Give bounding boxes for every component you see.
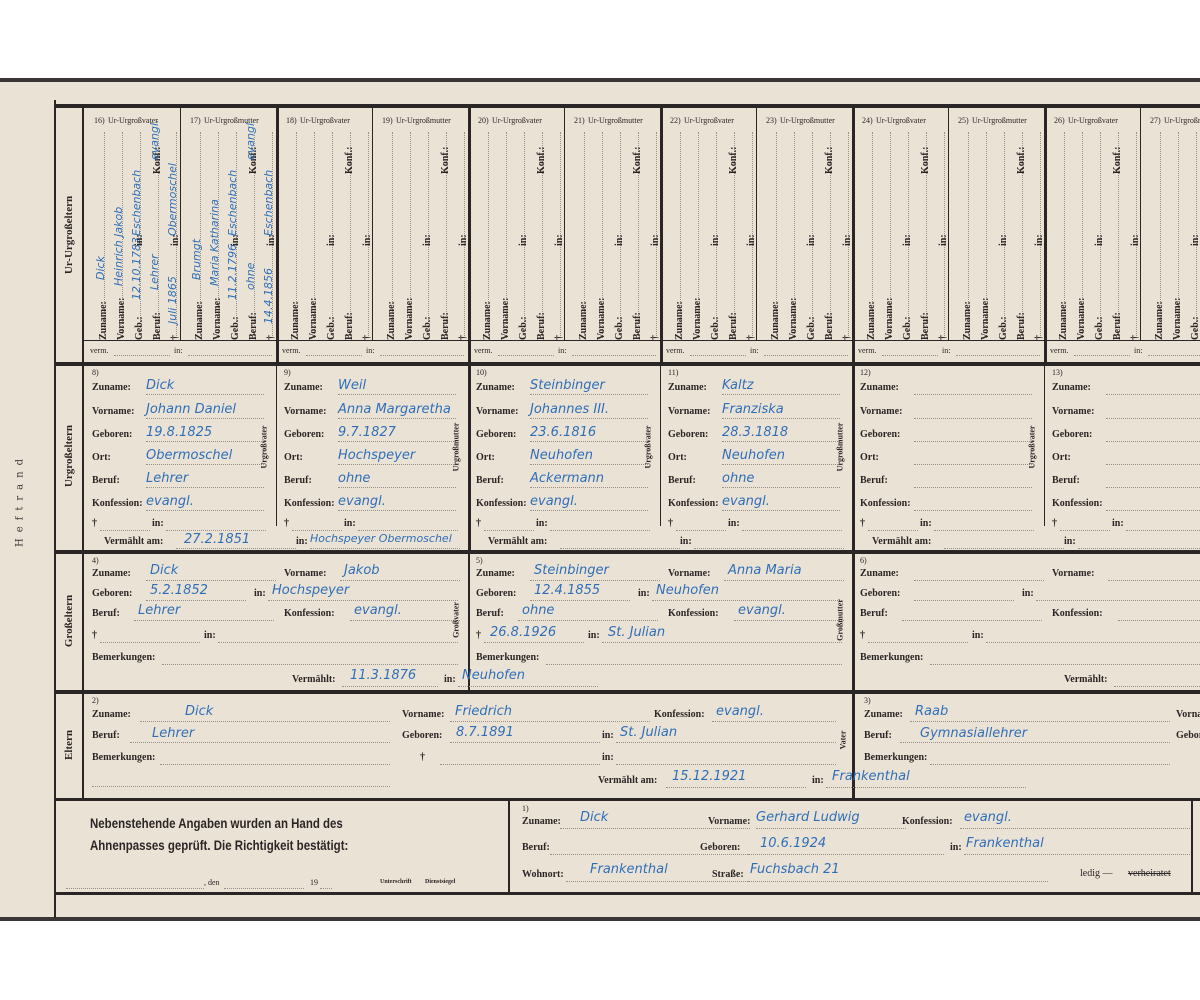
dotted-field-line: [146, 600, 246, 601]
field-label-geb: Geb.:: [614, 316, 625, 340]
row-separator-5: [56, 892, 1200, 895]
dotted-field-line: [484, 642, 584, 643]
ancestor-number: 4): [92, 556, 99, 565]
ancestor-beruf[interactable]: Lehrer: [138, 603, 180, 618]
dotted-field-line: [900, 742, 1170, 743]
field-label-died: †: [476, 630, 481, 641]
cell-divider: [948, 108, 949, 340]
parent-zuname[interactable]: Dick: [185, 704, 213, 719]
ancestor-number: 27): [1150, 116, 1161, 125]
dotted-field-line: [530, 510, 648, 511]
row-label-grosseltern: Großeltern: [63, 595, 75, 647]
field-label-beruf: Beruf:: [248, 312, 259, 340]
dotted-field-line: [914, 510, 1032, 511]
ancestor-zuname[interactable]: Dick: [146, 378, 174, 393]
field-label-in: in:: [254, 588, 266, 599]
ancestor-beruf[interactable]: ohne: [338, 471, 370, 486]
dotted-field-line: [722, 487, 840, 488]
row-separator-3: [56, 690, 1200, 694]
proband-right-border: [1191, 801, 1193, 893]
field-label-konfession: Konfession:: [476, 498, 527, 509]
dotted-field-line: [338, 487, 456, 488]
field-label-died: †: [1052, 518, 1057, 529]
ancestor-vorname[interactable]: Franziska: [722, 402, 784, 417]
ancestor-vorname[interactable]: Jakob: [344, 563, 380, 578]
ancestor-title: Ur-Urgroßmutter: [1164, 116, 1200, 125]
field-label-beruf: Beruf:: [536, 312, 547, 340]
field-label-beruf: Beruf:: [344, 312, 355, 340]
field-label-konf: Konf.:: [632, 147, 643, 175]
proband-geboren[interactable]: 10.6.1924: [760, 836, 826, 851]
parent-vorname[interactable]: Friedrich: [455, 704, 512, 719]
field-label-wohnort: Wohnort:: [522, 869, 564, 880]
field-label-geboren: Geboren:: [700, 842, 740, 853]
grosseltern-marriage-place[interactable]: Neuhofen: [462, 668, 525, 683]
field-label-in: in:: [806, 234, 817, 246]
field-label-died: †: [420, 752, 425, 763]
field-label-died: †: [284, 518, 289, 529]
dotted-field-line: [944, 548, 1064, 549]
ancestor-number: 11): [668, 368, 678, 377]
dotted-field-line: [1078, 548, 1200, 549]
field-label-in: in:: [204, 630, 216, 641]
field-label-vorname: Vorname:: [1052, 406, 1094, 417]
dotted-field-line: [572, 355, 656, 356]
field-label-zuname: Zuname:: [522, 816, 561, 827]
dotted-field-line: [1108, 580, 1200, 581]
certification-place-field[interactable]: [66, 888, 204, 889]
field-label-konfession: Konfession:: [284, 608, 335, 619]
field-label-died: †: [668, 518, 673, 529]
cell-bottom-line: [1044, 340, 1200, 341]
dotted-field-line: [930, 764, 1170, 765]
ancestor-konfession[interactable]: evangl.: [354, 603, 402, 618]
field-label-zuname: Zuname:: [860, 568, 899, 579]
ancestor-konfession[interactable]: evangl.: [738, 603, 786, 618]
ancestor-geb-in[interactable]: Eschenbach: [130, 170, 143, 236]
ancestor-number: 5): [476, 556, 483, 565]
field-label-verm: verm.: [666, 346, 684, 355]
field-label-in: in:: [518, 234, 529, 246]
field-label-vorname: Vorname:: [116, 298, 127, 340]
field-label-in: in:: [422, 234, 433, 246]
field-label-ort: Ort:: [668, 452, 687, 463]
field-label-geb: Geb.:: [998, 316, 1009, 340]
field-label-geb: Geb.:: [1190, 316, 1200, 340]
dotted-field-line: [1106, 487, 1200, 488]
field-label-geboren: Geboren:: [1176, 730, 1200, 741]
dotted-field-line: [826, 787, 1026, 788]
ancestor-konf[interactable]: evangl.: [148, 119, 161, 160]
dotted-field-line: [92, 786, 390, 787]
dotted-field-line: [338, 418, 456, 419]
ancestor-number: 17): [190, 116, 201, 125]
ancestor-died-in[interactable]: St. Julian: [608, 625, 665, 640]
field-label-ort: Ort:: [284, 452, 303, 463]
ancestor-ort[interactable]: Hochspeyer: [338, 448, 415, 463]
side-tag-urgrossvater: Urgroßvater: [260, 426, 269, 469]
field-label-konf: Konf.:: [920, 147, 931, 175]
dotted-field-line: [690, 355, 746, 356]
dotted-field-line: [1106, 394, 1200, 395]
cell-divider: [756, 108, 757, 340]
field-label-konf: Konf.:: [1112, 147, 1123, 175]
dotted-field-line: [616, 764, 836, 765]
ancestor-vorname[interactable]: Maria Katharina: [208, 199, 221, 286]
field-label-vorname: Vorname:: [692, 298, 703, 340]
field-label-zuname: Zuname:: [482, 301, 493, 340]
row-separator-2: [56, 550, 1200, 554]
field-label-zuname: Zuname:: [476, 382, 515, 393]
field-label-vorname: Vorname:: [596, 298, 607, 340]
side-tag-grossmutter: Großmutter: [836, 599, 845, 641]
ancestor-geb[interactable]: 11.2.1796: [226, 244, 239, 300]
marriage-date[interactable]: 27.2.1851: [184, 532, 250, 547]
dotted-field-line: [694, 548, 844, 549]
ancestor-konf[interactable]: evangl.: [244, 119, 257, 160]
dotted-field-line: [160, 764, 390, 765]
ancestor-number: 23): [766, 116, 777, 125]
ancestor-number: 19): [382, 116, 393, 125]
ancestor-beruf[interactable]: ohne: [522, 603, 554, 618]
parent-zuname[interactable]: Raab: [915, 704, 948, 719]
ancestor-geb[interactable]: 12.10.1783: [130, 237, 143, 300]
ancestor-title: Ur-Urgroßvater: [876, 116, 926, 125]
field-label-bemerkungen: Bemerkungen:: [476, 652, 539, 663]
eltern-marriage-date[interactable]: 15.12.1921: [672, 769, 746, 784]
proband-number: 1): [522, 804, 529, 813]
field-label-in: in:: [972, 630, 984, 641]
field-label-beruf: Beruf:: [632, 312, 643, 340]
field-label-ort: Ort:: [860, 452, 879, 463]
dotted-field-line: [722, 441, 840, 442]
cell-divider: [852, 554, 855, 690]
field-label-vorname: Vorname:: [1052, 568, 1094, 579]
field-label-vorname: Vorname:: [1076, 298, 1087, 340]
dotted-field-line: [130, 742, 390, 743]
ancestor-zuname[interactable]: Dick: [94, 256, 107, 280]
dotted-field-line: [560, 548, 680, 549]
cell-divider: [180, 108, 181, 340]
proband-konfession[interactable]: evangl.: [964, 810, 1012, 825]
field-label-died: †: [860, 630, 865, 641]
ancestor-konfession[interactable]: evangl.: [146, 494, 194, 509]
field-label-konfession: Konfession:: [668, 608, 719, 619]
field-label-geboren: Geboren:: [1052, 429, 1092, 440]
ancestor-zuname[interactable]: Brumgt: [190, 239, 203, 280]
parent-beruf[interactable]: Lehrer: [152, 726, 194, 741]
ancestor-konfession[interactable]: evangl.: [530, 494, 578, 509]
field-label-in: in:: [680, 536, 692, 547]
field-label-died: †: [92, 518, 97, 529]
dotted-field-line: [146, 510, 264, 511]
proband-vorname[interactable]: Gerhard Ludwig: [756, 810, 860, 825]
field-label-zuname: Zuname:: [1052, 382, 1091, 393]
proband-strasse[interactable]: Fuchsbach 21: [750, 862, 840, 877]
field-label-vorname: Vorname:: [1172, 298, 1183, 340]
field-label-beruf: Beruf:: [476, 475, 504, 486]
dotted-field-line: [306, 355, 362, 356]
field-label-in: in:: [942, 346, 950, 355]
dotted-field-line: [986, 642, 1200, 643]
ancestor-number: 20): [478, 116, 489, 125]
dotted-field-line: [616, 742, 836, 743]
field-label-geboren: Geboren:: [668, 429, 708, 440]
field-label-konf: Konf.:: [344, 147, 355, 175]
dotted-field-line: [530, 464, 648, 465]
status-married[interactable]: verheiratet: [1128, 868, 1171, 879]
field-label-verm: verm.: [858, 346, 876, 355]
certification-divider: [508, 801, 510, 893]
ancestor-ort[interactable]: Neuhofen: [530, 448, 593, 463]
dotted-field-line: [748, 854, 944, 855]
cell-divider: [276, 108, 279, 362]
proband-zuname[interactable]: Dick: [580, 810, 608, 825]
dotted-field-line: [458, 686, 598, 687]
ancestor-geboren[interactable]: 23.6.1816: [530, 425, 596, 440]
field-label-ort: Ort:: [1052, 452, 1071, 463]
field-label-in: in:: [602, 730, 614, 741]
field-label-in: in:: [444, 674, 456, 685]
ancestor-vorname[interactable]: Heinrich Jakob: [112, 207, 125, 286]
ancestor-number: 22): [670, 116, 681, 125]
cell-bottom-line: [852, 340, 1044, 341]
ancestor-title: Ur-Urgroßvater: [492, 116, 542, 125]
field-label-verm: verm.: [1050, 346, 1068, 355]
field-label-vermaehlt-am: Vermählt am:: [872, 536, 931, 547]
field-label-vorname: Vorname:: [476, 406, 518, 417]
dotted-field-line: [1106, 510, 1200, 511]
dotted-field-line: [914, 394, 1032, 395]
field-label-zuname: Zuname:: [860, 382, 899, 393]
field-label-bemerkungen: Bemerkungen:: [92, 652, 155, 663]
ancestor-ort[interactable]: Neuhofen: [722, 448, 785, 463]
field-label-beruf: Beruf:: [92, 475, 120, 486]
ancestor-geboren-in[interactable]: Hochspeyer: [272, 583, 349, 598]
field-label-beruf: Beruf:: [860, 475, 888, 486]
ancestor-died[interactable]: 26.8.1926: [490, 625, 556, 640]
field-label-zuname: Zuname:: [386, 301, 397, 340]
field-label-in: in:: [638, 588, 650, 599]
cell-divider: [468, 366, 471, 550]
field-label-beruf: Beruf:: [864, 730, 892, 741]
ancestor-zuname[interactable]: Steinbinger: [530, 378, 605, 393]
row-label-divider: [82, 108, 84, 800]
row-label-eltern: Eltern: [63, 730, 75, 760]
seal-label: Dienstsiegel: [425, 879, 455, 885]
dotted-field-line: [914, 600, 1014, 601]
ancestor-died-in[interactable]: Obermoschel: [166, 163, 179, 236]
field-label-died: †: [860, 518, 865, 529]
field-label-vorname: Vorname:: [668, 406, 710, 417]
field-label-beruf: Beruf:: [152, 312, 163, 340]
ancestor-beruf[interactable]: ohne: [722, 471, 754, 486]
dotted-field-line: [546, 664, 842, 665]
dotted-field-line: [868, 530, 918, 531]
field-label-in: in:: [1134, 346, 1142, 355]
field-label-vorname: Vorname:: [980, 298, 991, 340]
proband-geboren-in[interactable]: Frankenthal: [966, 836, 1044, 851]
dotted-field-line: [338, 441, 456, 442]
proband-wohnort[interactable]: Frankenthal: [590, 862, 668, 877]
ancestor-number: 13): [1052, 368, 1063, 377]
ancestor-vorname[interactable]: Anna Maria: [728, 563, 802, 578]
ancestor-konfession[interactable]: evangl.: [338, 494, 386, 509]
ancestor-number: 8): [92, 368, 99, 377]
ancestor-zuname[interactable]: Kaltz: [722, 378, 754, 393]
field-label-in: in:: [950, 842, 962, 853]
ancestor-number: 12): [860, 368, 871, 377]
field-label-konfession: Konfession:: [902, 816, 953, 827]
ancestor-number: 25): [958, 116, 969, 125]
grosseltern-marriage-date[interactable]: 11.3.1876: [350, 668, 416, 683]
ancestor-title: Ur-Urgroßvater: [1068, 116, 1118, 125]
ancestor-zuname[interactable]: Steinbinger: [534, 563, 609, 578]
field-label-vorname: Vorname:: [500, 298, 511, 340]
dotted-field-line: [722, 418, 840, 419]
field-label-konfession: Konfession:: [654, 709, 705, 720]
parent-number: 3): [864, 696, 871, 705]
ancestor-geboren[interactable]: 12.4.1855: [534, 583, 600, 598]
field-label-vermaehlt: Vermählt:: [292, 674, 336, 685]
parent-geboren-in[interactable]: St. Julian: [620, 725, 677, 740]
field-label-zuname: Zuname:: [668, 382, 707, 393]
ancestor-zuname[interactable]: Weil: [338, 378, 366, 393]
field-label-zuname: Zuname:: [194, 301, 205, 340]
ancestor-died[interactable]: Juli 1865: [166, 276, 179, 324]
ancestor-geboren[interactable]: 19.8.1825: [146, 425, 212, 440]
field-label-vorname: Vorname:: [1176, 709, 1200, 720]
field-label-in: in:: [812, 775, 824, 786]
field-label-in: in:: [1022, 588, 1034, 599]
ancestor-beruf[interactable]: Lehrer: [146, 471, 188, 486]
dotted-field-line: [380, 355, 464, 356]
eltern-marriage-place[interactable]: Frankenthal: [832, 769, 910, 784]
ancestor-vorname[interactable]: Johannes III.: [530, 402, 609, 417]
dotted-field-line: [146, 394, 264, 395]
field-label-vermaehlt-am: Vermählt am:: [488, 536, 547, 547]
field-label-zuname: Zuname:: [92, 568, 131, 579]
dotted-field-line: [146, 487, 264, 488]
ancestor-ort[interactable]: Obermoschel: [146, 448, 232, 463]
side-tag-urgrossmutter: Urgroßmutter: [452, 423, 461, 472]
field-label-geb: Geb.:: [134, 316, 145, 340]
field-label-vermaehlt-am: Vermählt am:: [598, 775, 657, 786]
dotted-field-line: [964, 854, 1190, 855]
page-top-edge: [0, 78, 1200, 82]
ancestor-beruf[interactable]: ohne: [244, 263, 257, 290]
field-label-bemerkungen: Bemerkungen:: [860, 652, 923, 663]
ancestor-geboren[interactable]: 28.3.1818: [722, 425, 788, 440]
ancestor-beruf[interactable]: Ackermann: [530, 471, 604, 486]
field-label-in: in:: [152, 518, 164, 529]
dotted-field-line: [1060, 530, 1110, 531]
parent-beruf[interactable]: Gymnasiallehrer: [920, 726, 1027, 741]
field-label-konf: Konf.:: [728, 147, 739, 175]
field-label-vorname: Vorname:: [212, 298, 223, 340]
dotted-field-line: [338, 510, 456, 511]
ancestor-title: Ur-Urgroßvater: [684, 116, 734, 125]
dotted-field-line: [910, 721, 1170, 722]
ancestor-title: Ur-Urgroßmutter: [972, 116, 1027, 125]
dotted-field-line: [914, 487, 1032, 488]
dotted-field-line: [350, 620, 460, 621]
field-label-verm: verm.: [282, 346, 300, 355]
dotted-field-line: [518, 620, 658, 621]
parent-geboren[interactable]: 8.7.1891: [456, 725, 514, 740]
dotted-field-line: [1148, 355, 1200, 356]
dotted-field-line: [134, 620, 274, 621]
certification-year-field[interactable]: [320, 888, 332, 889]
parent-konfession[interactable]: evangl.: [716, 704, 764, 719]
field-label-konfession: Konfession:: [284, 498, 335, 509]
field-label-geboren: Geboren:: [284, 429, 324, 440]
marriage-place[interactable]: Hochspeyer Obermoschel: [310, 532, 452, 545]
ancestor-geboren[interactable]: 5.2.1852: [150, 583, 208, 598]
cell-divider: [852, 108, 855, 362]
ancestor-zuname[interactable]: Dick: [150, 563, 178, 578]
dotted-field-line: [338, 464, 456, 465]
status-single[interactable]: ledig —: [1080, 868, 1113, 879]
dotted-field-line: [1036, 600, 1200, 601]
field-label-vorname: Vorname:: [860, 406, 902, 417]
ancestor-died-in[interactable]: Eschenbach: [262, 170, 275, 236]
field-label-in: in:: [998, 234, 1009, 246]
dotted-field-line: [882, 355, 938, 356]
row-label-ur-urgrosseltern: Ur-Urgroßeltern: [63, 196, 75, 274]
field-label-konfession: Konfession:: [1052, 498, 1103, 509]
dotted-field-line: [450, 721, 650, 722]
parent-number: 2): [92, 696, 99, 705]
field-label-in: in:: [1094, 234, 1105, 246]
dotted-field-line: [530, 487, 648, 488]
dotted-field-line: [530, 441, 648, 442]
dotted-field-line: [550, 854, 750, 855]
ancestor-geb-in[interactable]: Eschenbach: [226, 170, 239, 236]
dotted-field-line: [914, 441, 1032, 442]
field-label-in: in:: [728, 518, 740, 529]
certification-date-field[interactable]: [224, 888, 304, 889]
ancestor-number: 26): [1054, 116, 1065, 125]
dotted-field-line: [756, 828, 906, 829]
field-label-in: in:: [558, 346, 566, 355]
field-label-geb: Geb.:: [422, 316, 433, 340]
row-separator-1: [56, 362, 1200, 366]
ancestor-konfession[interactable]: evangl.: [722, 494, 770, 509]
field-label-zuname: Zuname:: [284, 382, 323, 393]
dotted-field-line: [146, 464, 264, 465]
page-bottom-edge: [0, 917, 1200, 921]
field-label-in: in:: [1064, 536, 1076, 547]
ancestor-geboren-in[interactable]: Neuhofen: [656, 583, 719, 598]
dotted-field-line: [176, 548, 296, 549]
ancestor-vorname[interactable]: Johann Daniel: [146, 402, 236, 417]
field-label-ort: Ort:: [476, 452, 495, 463]
ancestor-geboren[interactable]: 9.7.1827: [338, 425, 396, 440]
dotted-field-line: [292, 530, 342, 531]
dotted-field-line: [146, 441, 264, 442]
den-label: , den: [204, 878, 220, 887]
ancestor-died[interactable]: 14.4.1856: [262, 268, 275, 324]
ancestor-beruf[interactable]: Lehrer: [148, 254, 161, 290]
side-tag-urgrossmutter: Urgroßmutter: [836, 423, 845, 472]
dotted-field-line: [484, 530, 534, 531]
cell-divider: [468, 108, 471, 362]
ancestor-vorname[interactable]: Anna Margaretha: [338, 402, 451, 417]
dotted-field-line: [602, 642, 842, 643]
dotted-field-line: [1106, 441, 1200, 442]
row-separator-4: [56, 798, 1200, 801]
